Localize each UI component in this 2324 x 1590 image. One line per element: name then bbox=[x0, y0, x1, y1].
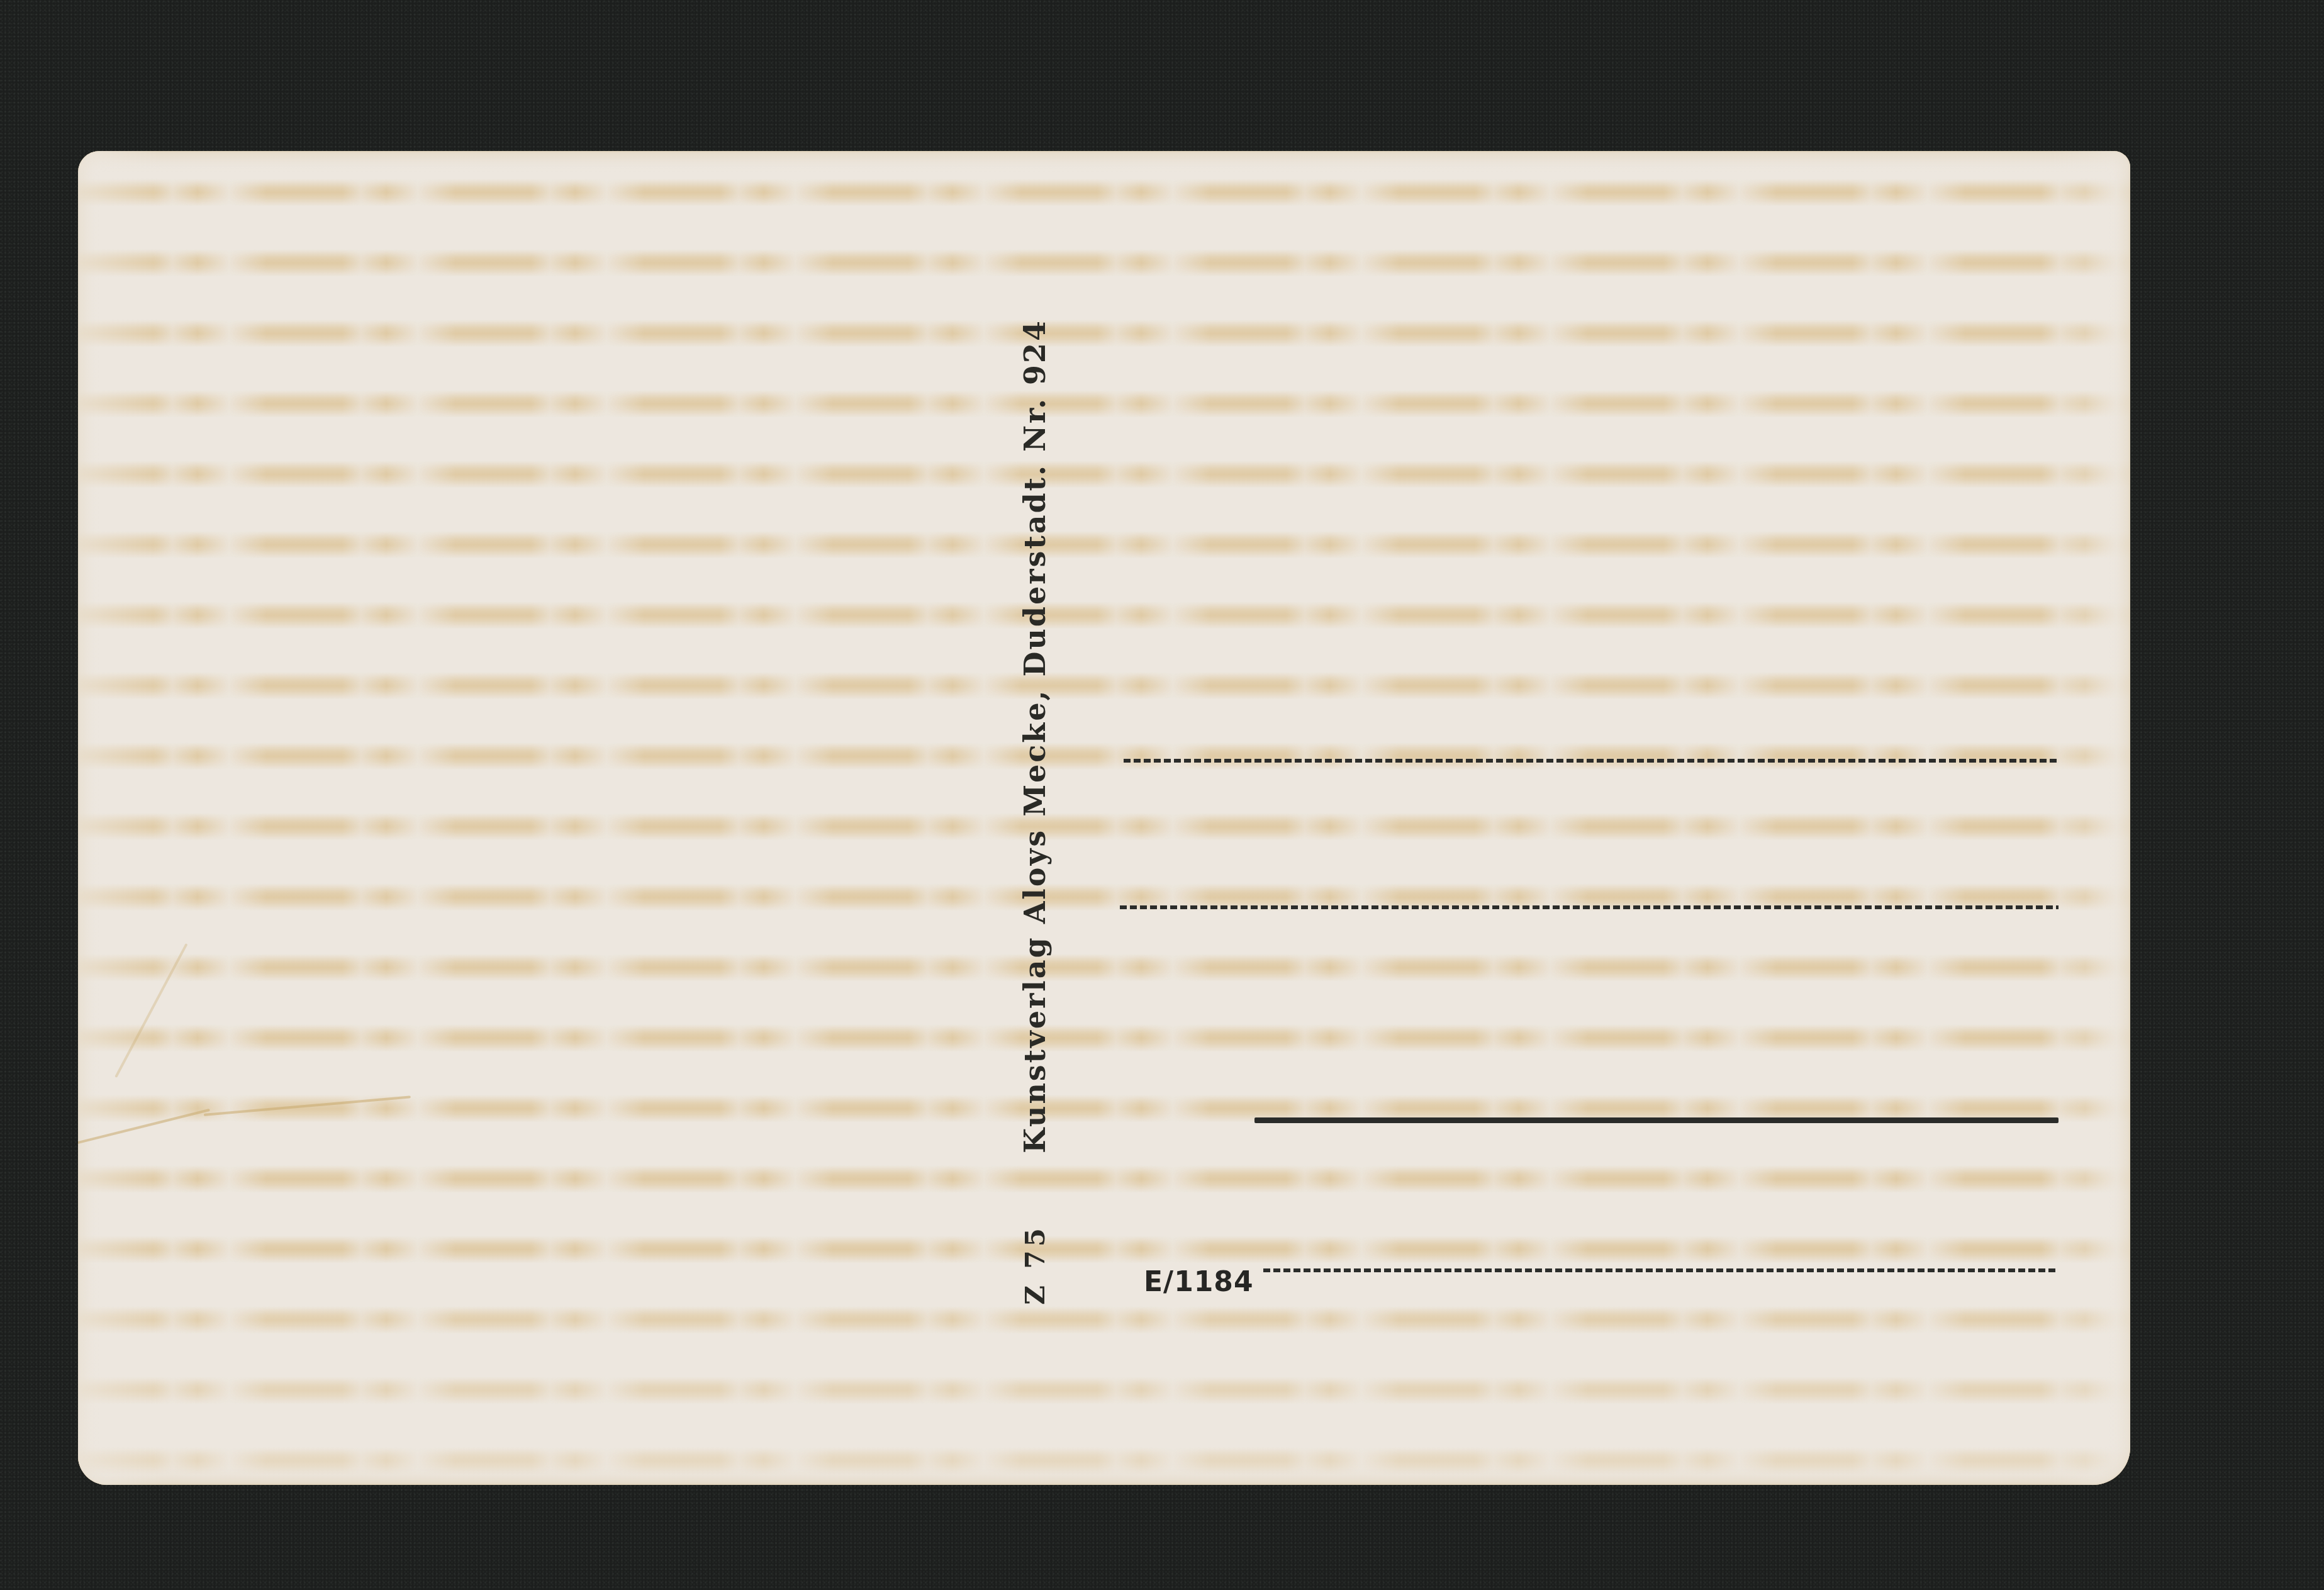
address-line-3 bbox=[1254, 1117, 2059, 1123]
edge-wear bbox=[78, 151, 2130, 1485]
publisher-imprint: Kunstverlag Aloys Mecke, Duderstadt. Nr.… bbox=[1018, 319, 1052, 1153]
print-code: E/1184 bbox=[1144, 1266, 1254, 1298]
postcard-back bbox=[78, 151, 2130, 1485]
series-mark: Z 75 bbox=[1020, 1224, 1051, 1305]
address-line-4 bbox=[1263, 1268, 2059, 1272]
address-line-2 bbox=[1120, 905, 2059, 909]
address-line-1 bbox=[1124, 759, 2059, 763]
